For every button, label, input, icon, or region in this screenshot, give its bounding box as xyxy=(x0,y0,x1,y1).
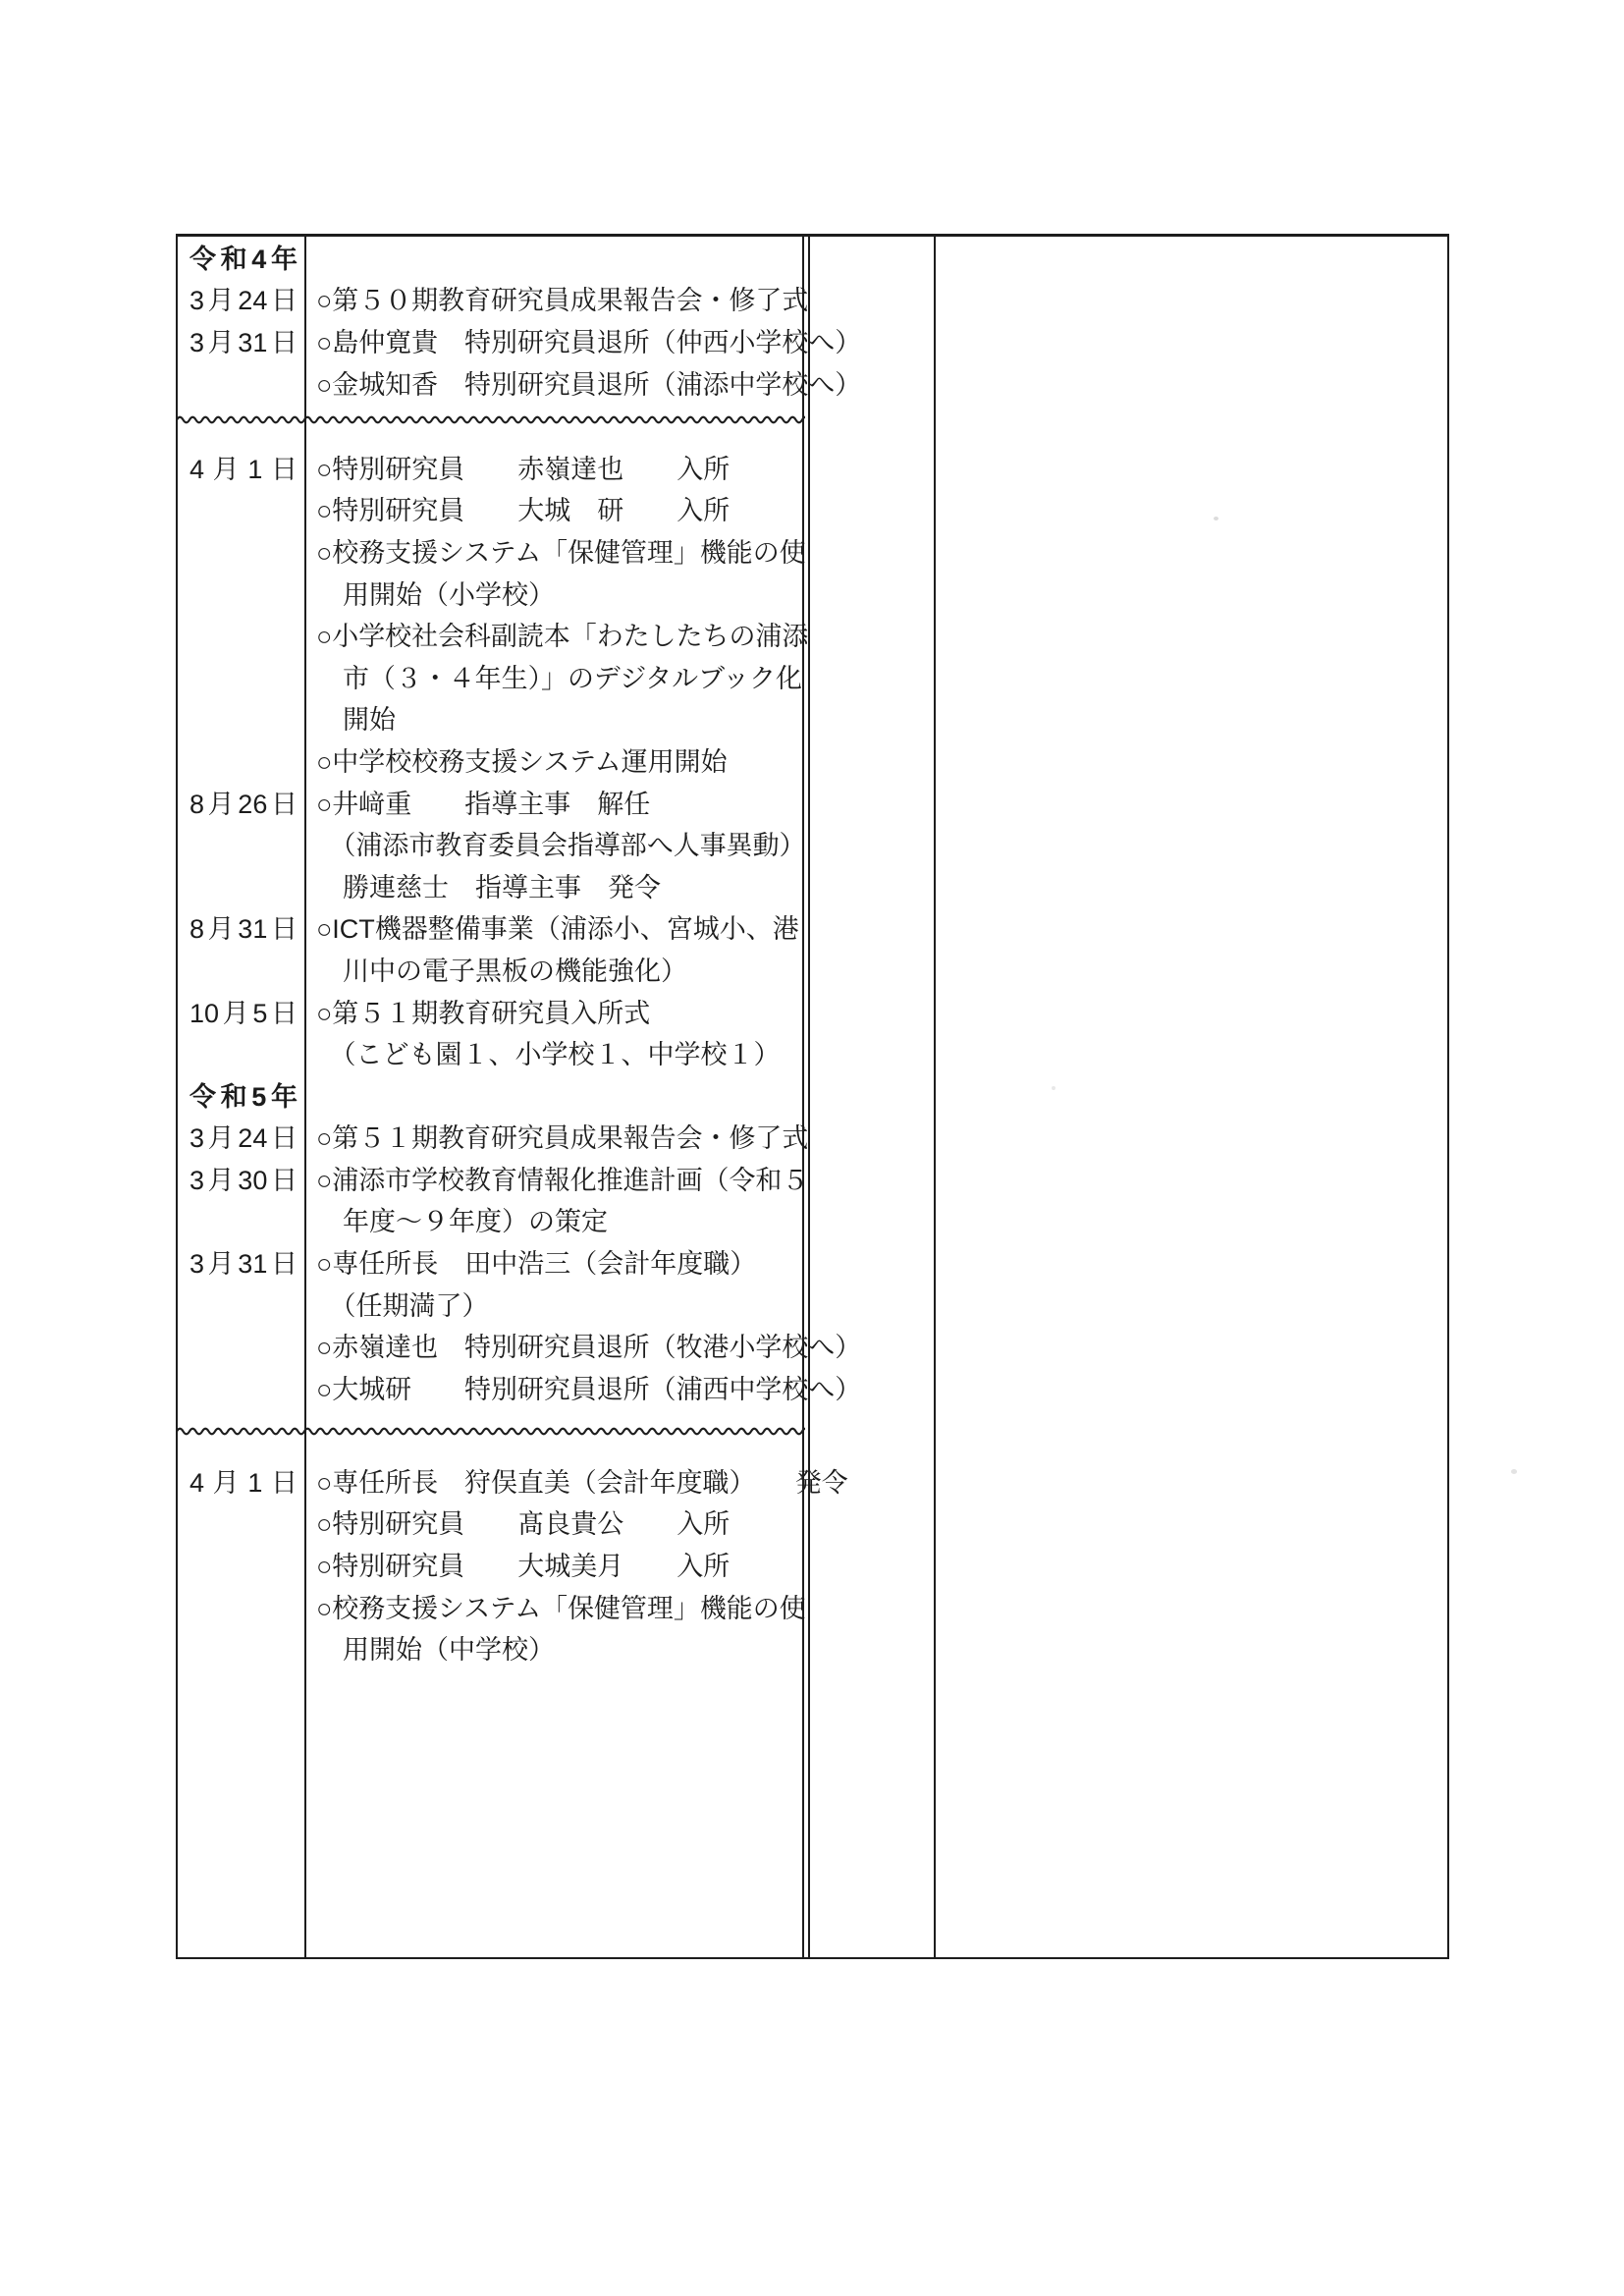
timeline-region: 令和4年 3月24日 ○第５０期教育研究員成果報告会・修了式 3月31日 ○島仲… xyxy=(178,237,802,1957)
event-text-cell: ○小学校社会科副読本「わたしたちの浦添 xyxy=(304,624,809,650)
event-text: ○中学校校務支援システム運用開始 xyxy=(316,749,728,776)
double-rule-right xyxy=(808,237,810,1957)
date-cell: 3月24日 xyxy=(178,288,304,314)
date-cell: 4月1日 xyxy=(178,1470,304,1497)
event-text: ○浦添市学校教育情報化推進計画（令和５ xyxy=(316,1168,808,1194)
event-text: ○第５０期教育研究員成果報告会・修了式 xyxy=(316,288,808,314)
scan-speck xyxy=(1052,1086,1056,1090)
table-row: ○金城知香 特別研究員退所（浦添中学校へ） xyxy=(178,364,802,407)
date-cell: 令和5年 xyxy=(178,1084,304,1111)
event-text: ○金城知香 特別研究員退所（浦添中学校へ） xyxy=(316,372,861,399)
table-row: 4月1日 ○専任所長 狩俣直美（会計年度職） 発令 xyxy=(178,1462,802,1504)
right-column-divider xyxy=(934,237,936,1957)
omission-wavy-separator xyxy=(177,1424,805,1439)
date-cell: 3月31日 xyxy=(178,1251,304,1278)
table-row: 8月26日 ○井﨑重 指導主事 解任 xyxy=(178,784,802,826)
event-text-cell: ○中学校校務支援システム運用開始 xyxy=(304,749,802,776)
event-text: ○大城研 特別研究員退所（浦西中学校へ） xyxy=(316,1377,861,1403)
table-row: 8月31日 ○ICT機器整備事業（浦添小、宮城小、港 xyxy=(178,909,802,952)
event-text: ○第５１期教育研究員成果報告会・修了式 xyxy=(316,1125,808,1152)
table-row: ○特別研究員 大城 研 入所 xyxy=(178,491,802,533)
event-text-cell: ○専任所長 田中浩三（会計年度職） xyxy=(304,1251,802,1278)
table-row: 令和5年 xyxy=(178,1076,802,1119)
event-text-cell: ○専任所長 狩俣直美（会計年度職） 発令 xyxy=(304,1470,849,1497)
event-text: （こども園１、小学校１、中学校１） xyxy=(316,1042,781,1068)
table-row: 川中の電子黒板の機能強化） xyxy=(178,951,802,993)
event-text-cell: 用開始（中学校） xyxy=(304,1637,802,1664)
table-row: ○校務支援システム「保健管理」機能の使 xyxy=(178,1588,802,1630)
date-cell: 4月1日 xyxy=(178,457,304,483)
event-text: ○特別研究員 大城美月 入所 xyxy=(316,1554,730,1580)
table-row: 3月24日 ○第５０期教育研究員成果報告会・修了式 xyxy=(178,281,802,323)
table-row: ○特別研究員 大城美月 入所 xyxy=(178,1546,802,1588)
event-text: 市（３・４年生）」のデジタルブック化 xyxy=(316,666,802,692)
table-row: 10月5日 ○第５１期教育研究員入所式 xyxy=(178,993,802,1035)
table-row: ○中学校校務支援システム運用開始 xyxy=(178,741,802,784)
table-row: 3月31日 ○専任所長 田中浩三（会計年度職） xyxy=(178,1243,802,1285)
event-text-cell: ○特別研究員 髙良貴公 入所 xyxy=(304,1511,802,1538)
event-text-cell: 勝連慈士 指導主事 発令 xyxy=(304,875,802,902)
event-text-cell: ○特別研究員 赤嶺達也 入所 xyxy=(304,457,802,483)
table-row: ○赤嶺達也 特別研究員退所（牧港小学校へ） xyxy=(178,1327,802,1369)
event-text-cell: ○第５０期教育研究員成果報告会・修了式 xyxy=(304,288,809,314)
table-row: 勝連慈士 指導主事 発令 xyxy=(178,867,802,909)
event-text: ○島仲寛貴 特別研究員退所（仲西小学校へ） xyxy=(316,330,861,356)
event-text-cell: ○赤嶺達也 特別研究員退所（牧港小学校へ） xyxy=(304,1335,862,1361)
date-cell: 8月31日 xyxy=(178,916,304,943)
event-text-cell: ○ICT機器整備事業（浦添小、宮城小、港 xyxy=(304,916,802,943)
table-row: 4月1日 ○特別研究員 赤嶺達也 入所 xyxy=(178,449,802,491)
event-text-cell: ○特別研究員 大城 研 入所 xyxy=(304,498,802,524)
date-cell: 令和4年 xyxy=(178,246,304,273)
table-row: 用開始（小学校） xyxy=(178,574,802,617)
table-row: ○大城研 特別研究員退所（浦西中学校へ） xyxy=(178,1369,802,1411)
chronology-table: 令和4年 3月24日 ○第５０期教育研究員成果報告会・修了式 3月31日 ○島仲… xyxy=(176,234,1449,1959)
event-text-cell: ○金城知香 特別研究員退所（浦添中学校へ） xyxy=(304,372,862,399)
event-text: ○小学校社会科副読本「わたしたちの浦添 xyxy=(316,624,808,650)
event-text-cell: 市（３・４年生）」のデジタルブック化 xyxy=(304,666,803,692)
omission-wavy-separator xyxy=(177,412,805,427)
event-text: ○特別研究員 髙良貴公 入所 xyxy=(316,1511,730,1538)
scan-speck xyxy=(1511,1469,1517,1474)
event-text: ○ICT機器整備事業（浦添小、宮城小、港 xyxy=(316,916,799,943)
timeline-section-reiwa4-fiscal-year: 4月1日 ○特別研究員 赤嶺達也 入所 ○特別研究員 大城 研 入所 ○校務支援… xyxy=(178,449,802,1411)
event-text-cell: ○第５１期教育研究員成果報告会・修了式 xyxy=(304,1125,809,1152)
table-row: （任期満了） xyxy=(178,1285,802,1328)
table-row: 開始 xyxy=(178,700,802,742)
table-row: 市（３・４年生）」のデジタルブック化 xyxy=(178,658,802,700)
event-text: ○赤嶺達也 特別研究員退所（牧港小学校へ） xyxy=(316,1335,861,1361)
event-text-cell: ○校務支援システム「保健管理」機能の使 xyxy=(304,540,807,567)
table-row: 3月31日 ○島仲寛貴 特別研究員退所（仲西小学校へ） xyxy=(178,322,802,364)
table-row: （こども園１、小学校１、中学校１） xyxy=(178,1034,802,1076)
event-text-cell: 用開始（小学校） xyxy=(304,582,802,609)
event-text: （任期満了） xyxy=(316,1293,489,1320)
event-text: ○校務支援システム「保健管理」機能の使 xyxy=(316,1596,806,1622)
scan-speck xyxy=(1214,517,1218,520)
date-cell: 8月26日 xyxy=(178,792,304,818)
event-text: 開始 xyxy=(316,707,396,734)
event-text-cell: ○浦添市学校教育情報化推進計画（令和５ xyxy=(304,1168,809,1194)
event-text-cell: ○校務支援システム「保健管理」機能の使 xyxy=(304,1596,807,1622)
event-text: ○校務支援システム「保健管理」機能の使 xyxy=(316,540,806,567)
event-text-cell: 年度～９年度）の策定 xyxy=(304,1209,802,1235)
event-text: ○専任所長 狩俣直美（会計年度職） 発令 xyxy=(316,1470,848,1497)
event-text: ○第５１期教育研究員入所式 xyxy=(316,1001,650,1027)
event-text-cell: （こども園１、小学校１、中学校１） xyxy=(304,1042,802,1068)
event-text-cell: 開始 xyxy=(304,707,802,734)
event-text-cell: ○島仲寛貴 特別研究員退所（仲西小学校へ） xyxy=(304,330,862,356)
table-row: 用開始（中学校） xyxy=(178,1629,802,1671)
event-text-cell xyxy=(304,1084,802,1111)
event-text: 用開始（小学校） xyxy=(316,582,555,609)
event-text: ○井﨑重 指導主事 解任 xyxy=(316,792,650,818)
event-text-cell: ○第５１期教育研究員入所式 xyxy=(304,1001,802,1027)
table-row: 3月24日 ○第５１期教育研究員成果報告会・修了式 xyxy=(178,1119,802,1161)
double-rule-left xyxy=(802,237,804,1957)
table-row: 年度～９年度）の策定 xyxy=(178,1202,802,1244)
timeline-section-reiwa4-march: 令和4年 3月24日 ○第５０期教育研究員成果報告会・修了式 3月31日 ○島仲… xyxy=(178,239,802,406)
event-text-cell: （任期満了） xyxy=(304,1293,802,1320)
event-text: ○特別研究員 大城 研 入所 xyxy=(316,498,730,524)
date-cell: 3月30日 xyxy=(178,1168,304,1194)
table-row: （浦添市教育委員会指導部へ人事異動） xyxy=(178,825,802,867)
scanned-document-page: 令和4年 3月24日 ○第５０期教育研究員成果報告会・修了式 3月31日 ○島仲… xyxy=(0,0,1624,2296)
table-row: ○小学校社会科副読本「わたしたちの浦添 xyxy=(178,616,802,658)
event-text-cell xyxy=(304,246,802,273)
table-row: ○校務支援システム「保健管理」機能の使 xyxy=(178,532,802,574)
event-text-cell: ○大城研 特別研究員退所（浦西中学校へ） xyxy=(304,1377,862,1403)
event-text: （浦添市教育委員会指導部へ人事異動） xyxy=(316,833,806,859)
table-row: 令和4年 xyxy=(178,239,802,281)
event-text: ○特別研究員 赤嶺達也 入所 xyxy=(316,457,730,483)
date-cell: 10月5日 xyxy=(178,1001,304,1027)
event-text: ○専任所長 田中浩三（会計年度職） xyxy=(316,1251,756,1278)
event-text-cell: 川中の電子黒板の機能強化） xyxy=(304,958,802,985)
event-text: 川中の電子黒板の機能強化） xyxy=(316,958,687,985)
event-text: 勝連慈士 指導主事 発令 xyxy=(316,875,661,902)
event-text: 年度～９年度）の策定 xyxy=(316,1209,608,1235)
date-cell: 3月24日 xyxy=(178,1125,304,1152)
event-text-cell: ○井﨑重 指導主事 解任 xyxy=(304,792,802,818)
timeline-section-reiwa5-fiscal-year: 4月1日 ○専任所長 狩俣直美（会計年度職） 発令 ○特別研究員 髙良貴公 入所… xyxy=(178,1462,802,1671)
table-row: ○特別研究員 髙良貴公 入所 xyxy=(178,1504,802,1547)
table-row: 3月30日 ○浦添市学校教育情報化推進計画（令和５ xyxy=(178,1160,802,1202)
date-cell: 3月31日 xyxy=(178,330,304,356)
event-text-cell: ○特別研究員 大城美月 入所 xyxy=(304,1554,802,1580)
event-text: 用開始（中学校） xyxy=(316,1637,555,1664)
event-text-cell: （浦添市教育委員会指導部へ人事異動） xyxy=(304,833,807,859)
